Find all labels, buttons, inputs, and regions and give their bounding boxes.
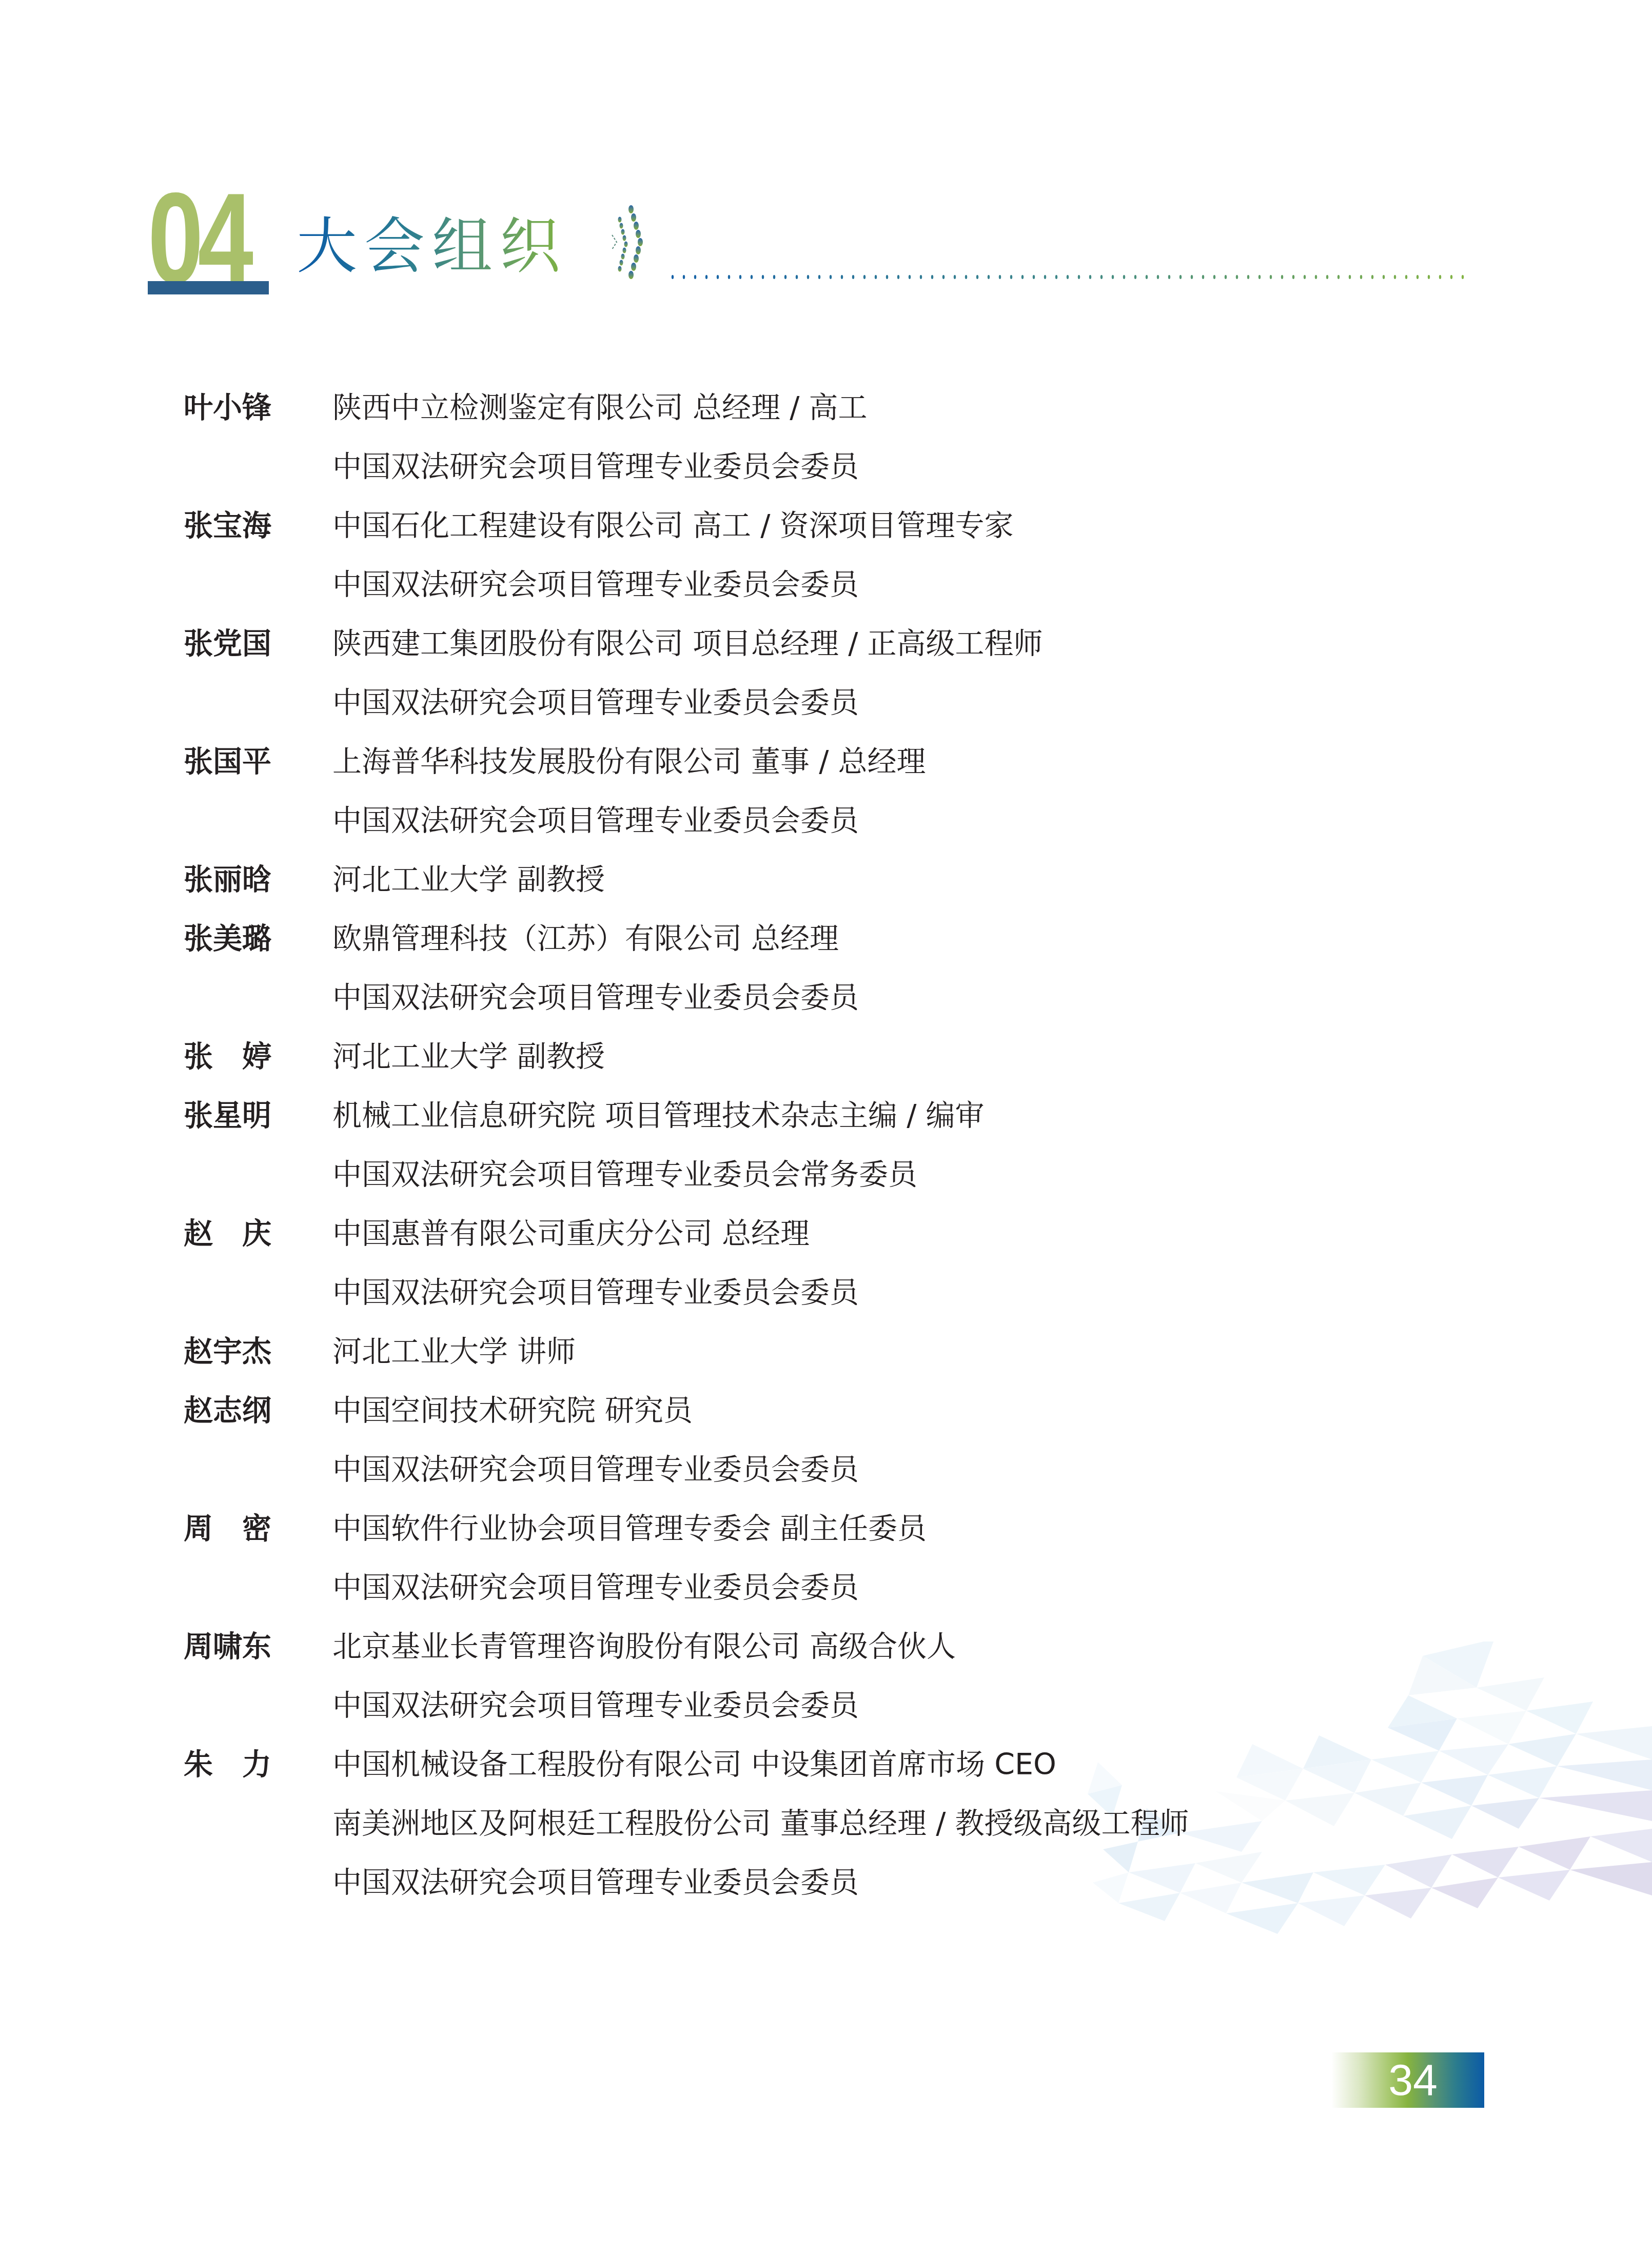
- member-title-line: 中国惠普有限公司重庆分公司 总经理: [332, 1204, 1466, 1263]
- member-title-line: 陕西建工集团股份有限公司 项目总经理 / 正高级工程师: [332, 615, 1466, 674]
- member-entry: 周 密 中国软件行业协会项目管理专委会 副主任委员 中国双法研究会项目管理专业委…: [184, 1499, 1466, 1617]
- member-name: 张美璐: [184, 909, 332, 1027]
- chevron-dots-icon: [599, 205, 666, 282]
- member-title-line: 中国双法研究会项目管理专业委员会委员: [332, 1440, 1466, 1499]
- member-name: 周 密: [184, 1499, 332, 1617]
- page-number: 34: [1331, 2052, 1484, 2108]
- member-title-line: 中国双法研究会项目管理专业委员会委员: [332, 792, 1466, 851]
- member-title-line: 河北工业大学 副教授: [332, 851, 1466, 909]
- member-name: 张国平: [184, 733, 332, 851]
- member-name: 赵宇杰: [184, 1322, 332, 1381]
- member-title-line: 中国双法研究会项目管理专业委员会委员: [332, 1263, 1466, 1322]
- member-name: 赵志纲: [184, 1381, 332, 1499]
- section-number-underline: [148, 281, 269, 294]
- member-entry: 张宝海 中国石化工程建设有限公司 高工 / 资深项目管理专家 中国双法研究会项目…: [184, 497, 1466, 615]
- member-title-line: 北京基业长青管理咨询股份有限公司 高级合伙人: [332, 1617, 1466, 1676]
- member-title-line: 中国双法研究会项目管理专业委员会委员: [332, 968, 1466, 1027]
- member-entry: 朱 力 中国机械设备工程股份有限公司 中设集团首席市场 CEO 南美洲地区及阿根…: [184, 1735, 1466, 1912]
- member-name: 赵 庆: [184, 1204, 332, 1322]
- member-entry: 张国平 上海普华科技发展股份有限公司 董事 / 总经理 中国双法研究会项目管理专…: [184, 733, 1466, 851]
- member-entry: 赵宇杰 河北工业大学 讲师: [184, 1322, 1466, 1381]
- member-name: 张党国: [184, 615, 332, 733]
- member-name: 周啸东: [184, 1617, 332, 1735]
- member-entry: 叶小锋 陕西中立检测鉴定有限公司 总经理 / 高工 中国双法研究会项目管理专业委…: [184, 379, 1466, 497]
- member-name: 张星明: [184, 1086, 332, 1204]
- section-title: 大会组织: [297, 210, 567, 282]
- member-title-line: 河北工业大学 副教授: [332, 1027, 1466, 1086]
- member-title-line: 中国双法研究会项目管理专业委员会常务委员: [332, 1145, 1466, 1204]
- member-title-line: 欧鼎管理科技（江苏）有限公司 总经理: [332, 909, 1466, 968]
- member-name: 张丽晗: [184, 851, 332, 909]
- section-header: 04 大会组织: [148, 185, 1482, 303]
- member-title-line: 河北工业大学 讲师: [332, 1322, 1466, 1381]
- member-name: 张宝海: [184, 497, 332, 615]
- member-title-line: 中国机械设备工程股份有限公司 中设集团首席市场 CEO: [332, 1735, 1466, 1794]
- member-entry: 张美璐 欧鼎管理科技（江苏）有限公司 总经理 中国双法研究会项目管理专业委员会委…: [184, 909, 1466, 1027]
- member-title-line: 陕西中立检测鉴定有限公司 总经理 / 高工: [332, 379, 1466, 438]
- dotted-divider: [667, 274, 1467, 280]
- member-title-line: 中国双法研究会项目管理专业委员会委员: [332, 1558, 1466, 1617]
- member-entry: 赵 庆 中国惠普有限公司重庆分公司 总经理 中国双法研究会项目管理专业委员会委员: [184, 1204, 1466, 1322]
- member-title-line: 南美洲地区及阿根廷工程股份公司 董事总经理 / 教授级高级工程师: [332, 1794, 1466, 1853]
- committee-member-list: 叶小锋 陕西中立检测鉴定有限公司 总经理 / 高工 中国双法研究会项目管理专业委…: [184, 379, 1466, 1912]
- member-entry: 张党国 陕西建工集团股份有限公司 项目总经理 / 正高级工程师 中国双法研究会项…: [184, 615, 1466, 733]
- section-number: 04: [148, 185, 248, 292]
- member-name: 叶小锋: [184, 379, 332, 497]
- member-entry: 张丽晗 河北工业大学 副教授: [184, 851, 1466, 909]
- member-title-line: 上海普华科技发展股份有限公司 董事 / 总经理: [332, 733, 1466, 792]
- member-entry: 张星明 机械工业信息研究院 项目管理技术杂志主编 / 编审 中国双法研究会项目管…: [184, 1086, 1466, 1204]
- member-entry: 赵志纲 中国空间技术研究院 研究员 中国双法研究会项目管理专业委员会委员: [184, 1381, 1466, 1499]
- member-title-line: 中国双法研究会项目管理专业委员会委员: [332, 556, 1466, 615]
- member-title-line: 中国空间技术研究院 研究员: [332, 1381, 1466, 1440]
- member-entry: 周啸东 北京基业长青管理咨询股份有限公司 高级合伙人 中国双法研究会项目管理专业…: [184, 1617, 1466, 1735]
- member-entry: 张 婷 河北工业大学 副教授: [184, 1027, 1466, 1086]
- member-title-line: 中国双法研究会项目管理专业委员会委员: [332, 674, 1466, 733]
- member-name: 朱 力: [184, 1735, 332, 1912]
- member-name: 张 婷: [184, 1027, 332, 1086]
- member-title-line: 中国双法研究会项目管理专业委员会委员: [332, 1676, 1466, 1735]
- member-title-line: 中国软件行业协会项目管理专委会 副主任委员: [332, 1499, 1466, 1558]
- member-title-line: 机械工业信息研究院 项目管理技术杂志主编 / 编审: [332, 1086, 1466, 1145]
- member-title-line: 中国双法研究会项目管理专业委员会委员: [332, 438, 1466, 497]
- member-title-line: 中国石化工程建设有限公司 高工 / 资深项目管理专家: [332, 497, 1466, 556]
- member-title-line: 中国双法研究会项目管理专业委员会委员: [332, 1853, 1466, 1912]
